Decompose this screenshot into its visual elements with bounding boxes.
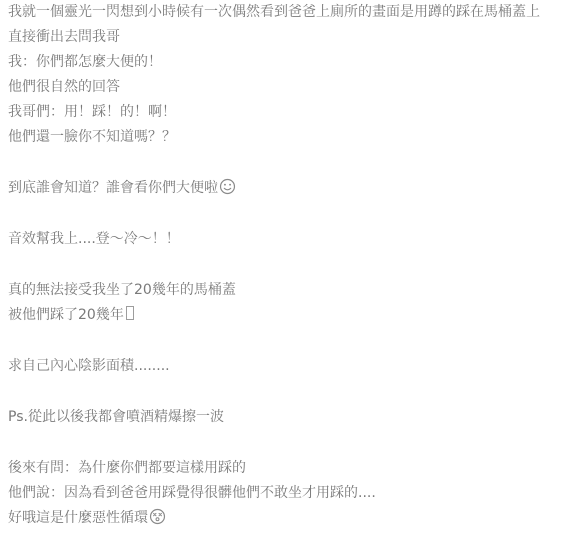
text-line: 真的無法接受我坐了20幾年的馬桶蓋 <box>8 278 555 303</box>
line-text: 我就一個靈光一閃想到小時候有一次偶然看到爸爸上廁所的畫面是用蹲的踩在馬桶蓋上 <box>8 4 540 20</box>
text-line: 直接衝出去問我哥 <box>8 25 555 50</box>
paragraph: Ps.從此以後我都會噴酒精爆擦一波 <box>8 405 555 430</box>
line-text: 後來有問：為什麼你們都要這樣用踩的 <box>8 460 246 476</box>
line-text: 好哦這是什麼惡性循環 <box>8 510 148 526</box>
text-line: 我哥們：用！踩！的！啊！ <box>8 100 555 125</box>
text-line: Ps.從此以後我都會噴酒精爆擦一波 <box>8 405 555 430</box>
text-line: 好哦這是什麼惡性循環 <box>8 506 555 531</box>
text-line: 他們還一臉你不知道嗎？？ <box>8 125 555 150</box>
paragraph: 求自己內心陰影面積........ <box>8 354 555 379</box>
line-text: 我哥們：用！踩！的！啊！ <box>8 104 176 120</box>
text-line: 後來有問：為什麼你們都要這樣用踩的 <box>8 456 555 481</box>
text-line: 我就一個靈光一閃想到小時候有一次偶然看到爸爸上廁所的畫面是用蹲的踩在馬桶蓋上 <box>8 0 555 25</box>
smiling-face-icon <box>219 178 236 195</box>
missing-glyph-icon <box>126 306 134 320</box>
line-text: 被他們踩了20幾年 <box>8 307 124 323</box>
paragraph: 後來有問：為什麼你們都要這樣用踩的 他們說：因為看到爸爸用踩覺得很髒他們不敢坐才… <box>8 456 555 531</box>
paragraph: 到底誰會知道？誰會看你們大便啦 <box>8 176 555 201</box>
text-line: 到底誰會知道？誰會看你們大便啦 <box>8 176 555 201</box>
paragraph: 音效幫我上....登～冷～！！ <box>8 227 555 252</box>
post-body: 我就一個靈光一閃想到小時候有一次偶然看到爸爸上廁所的畫面是用蹲的踩在馬桶蓋上 直… <box>0 0 563 531</box>
paragraph: 我就一個靈光一閃想到小時候有一次偶然看到爸爸上廁所的畫面是用蹲的踩在馬桶蓋上 直… <box>8 0 555 150</box>
line-text: 他們還一臉你不知道嗎？？ <box>8 129 176 145</box>
line-text: 他們很自然的回答 <box>8 79 120 95</box>
paragraph: 真的無法接受我坐了20幾年的馬桶蓋 被他們踩了20幾年 <box>8 278 555 328</box>
line-text: 直接衝出去問我哥 <box>8 29 120 45</box>
text-line: 求自己內心陰影面積........ <box>8 354 555 379</box>
line-text: 音效幫我上....登～冷～！！ <box>8 231 180 247</box>
text-line: 被他們踩了20幾年 <box>8 303 555 328</box>
text-line: 他們很自然的回答 <box>8 75 555 100</box>
dizzy-face-icon <box>149 508 166 525</box>
line-text: 他們說：因為看到爸爸用踩覺得很髒他們不敢坐才用踩的.... <box>8 485 376 501</box>
line-text: 我：你們都怎麼大便的！ <box>8 54 162 70</box>
text-line: 音效幫我上....登～冷～！！ <box>8 227 555 252</box>
line-text: Ps.從此以後我都會噴酒精爆擦一波 <box>8 409 224 425</box>
line-text: 真的無法接受我坐了20幾年的馬桶蓋 <box>8 282 236 298</box>
line-text: 求自己內心陰影面積........ <box>8 358 170 374</box>
line-text: 到底誰會知道？誰會看你們大便啦 <box>8 180 218 196</box>
text-line: 我：你們都怎麼大便的！ <box>8 50 555 75</box>
text-line: 他們說：因為看到爸爸用踩覺得很髒他們不敢坐才用踩的.... <box>8 481 555 506</box>
